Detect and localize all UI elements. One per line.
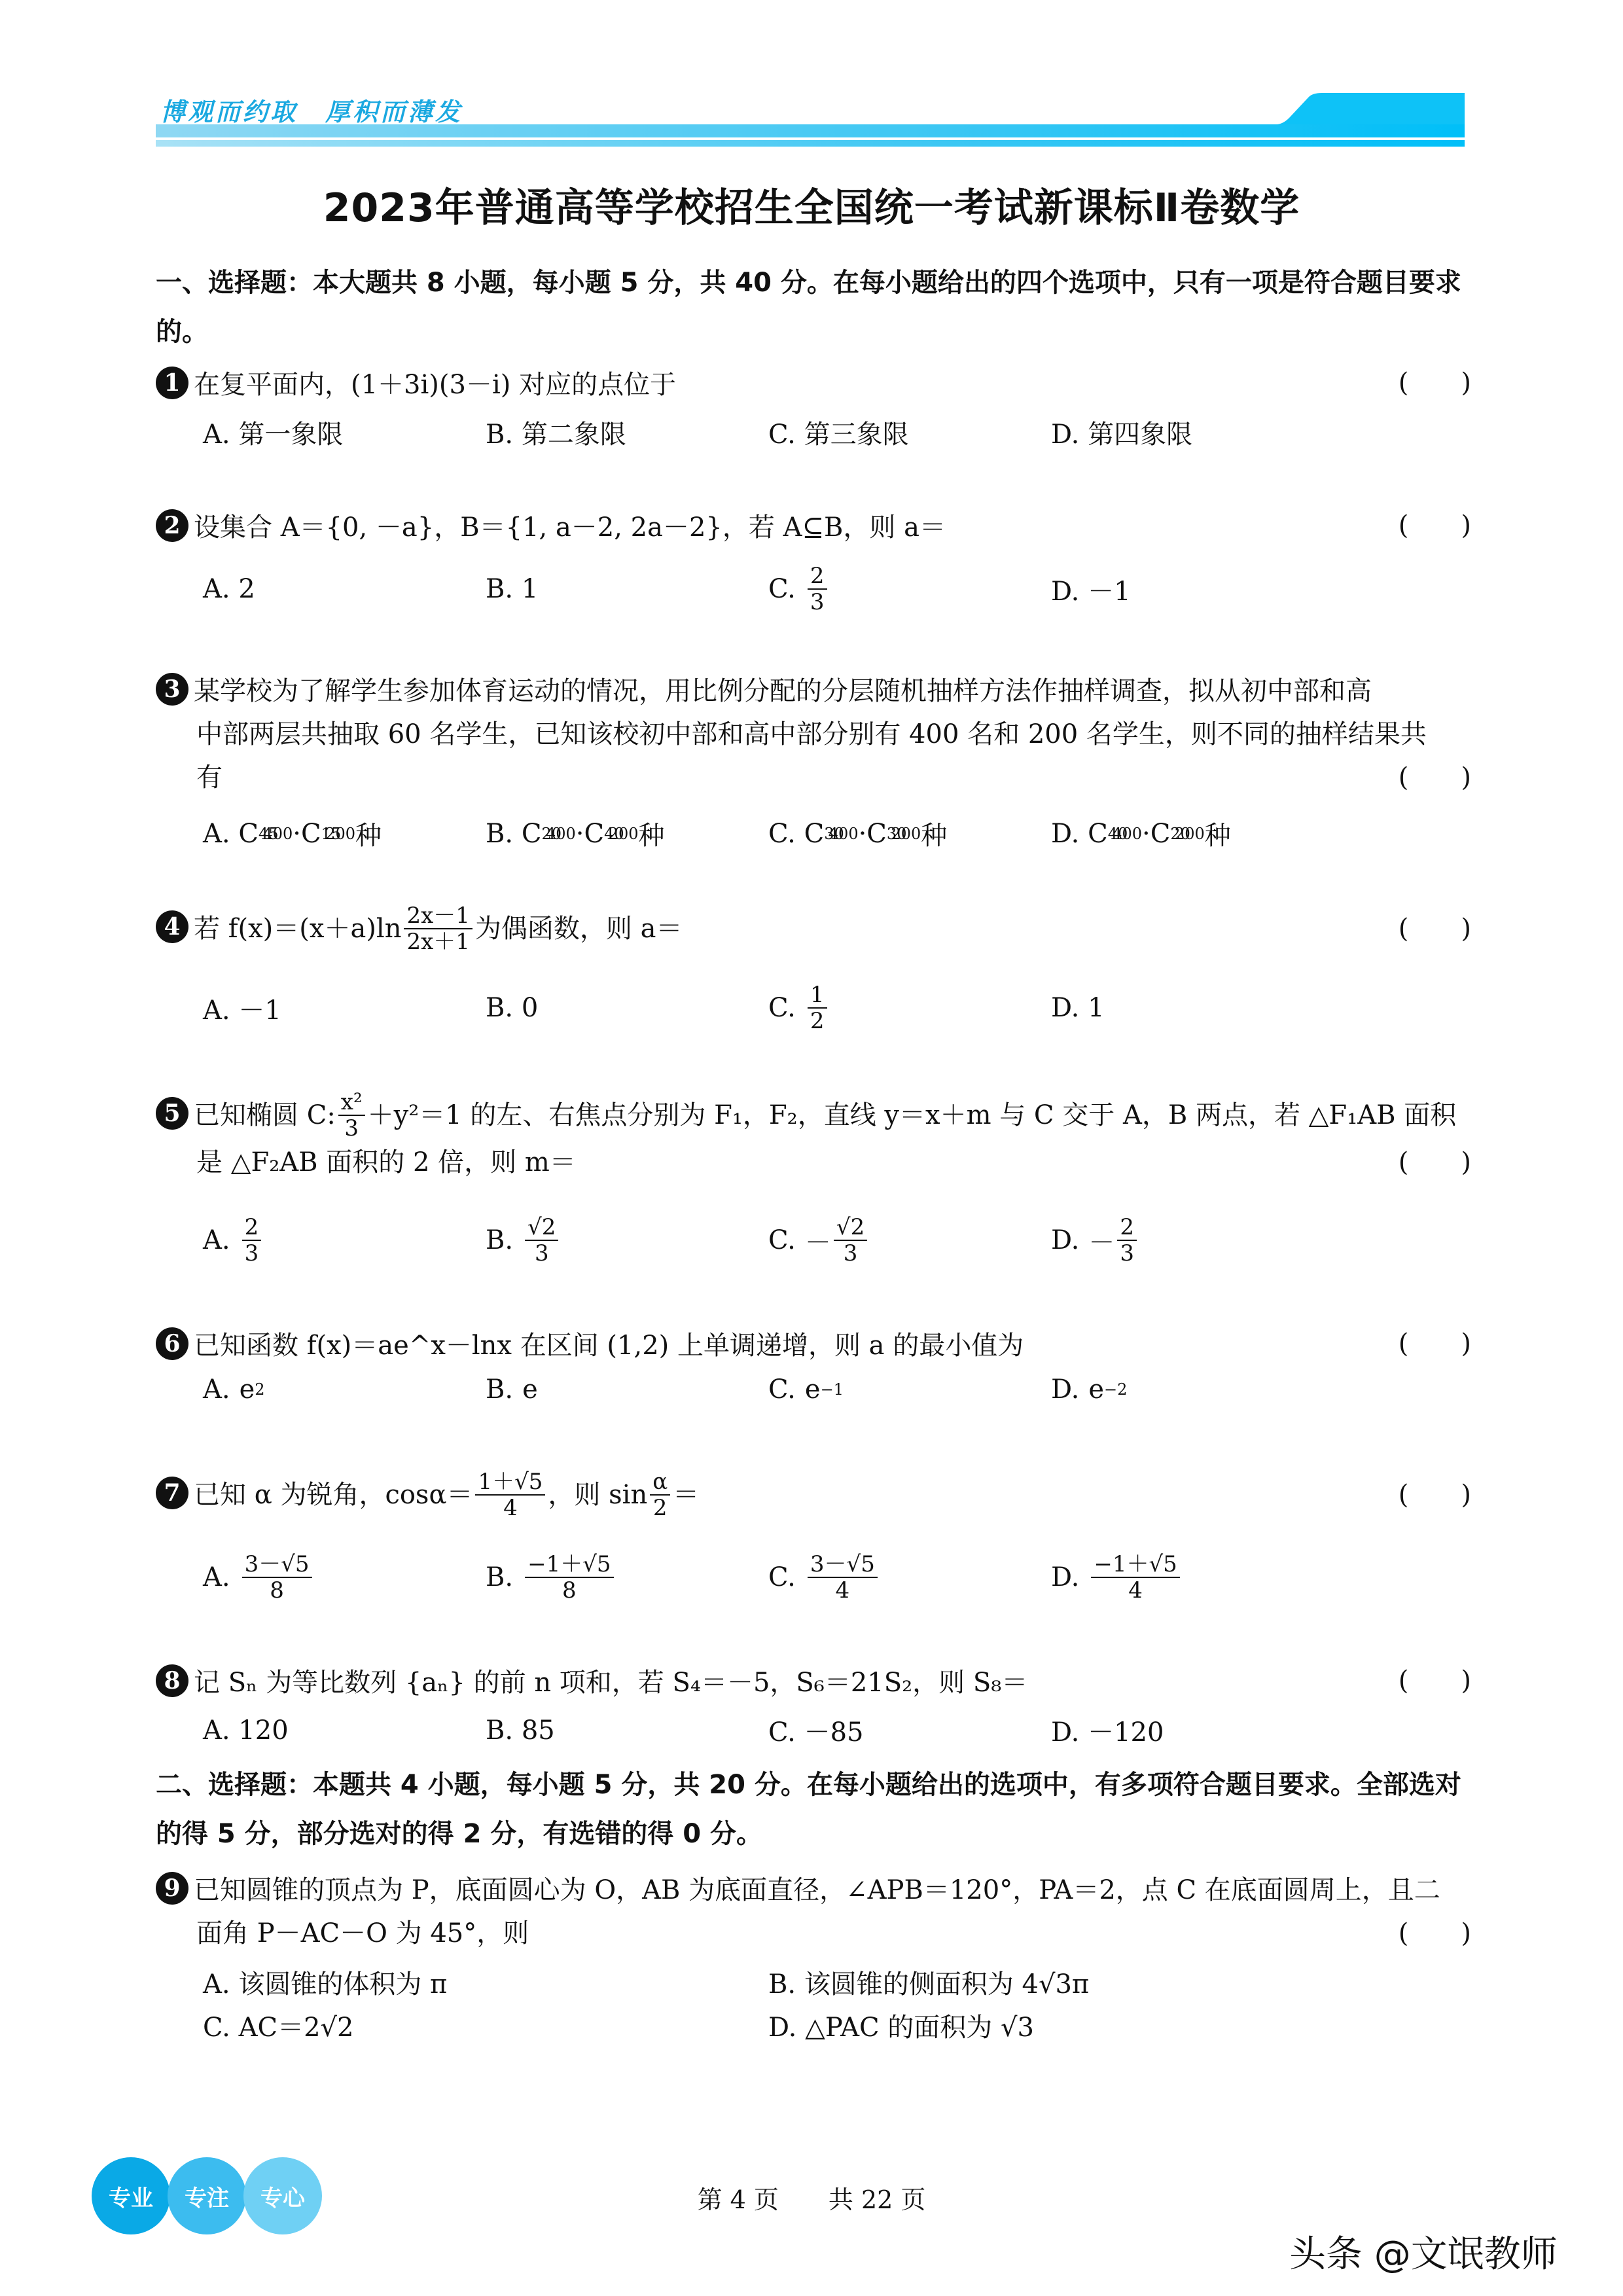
fraction: 2x－12x＋1 [404, 903, 472, 954]
question-7: 7已知 α 为锐角，cosα＝1＋√54，则 sinα2＝ ( ) [156, 1469, 1471, 1520]
answer-bracket: ( ) [1399, 361, 1471, 404]
section2-line1: 二、选择题：本题共 4 小题，每小题 5 分，共 20 分。在每小题给出的选项中… [156, 1761, 1471, 1810]
option-d[interactable]: D. 1 [1051, 993, 1334, 1023]
option-b[interactable]: B. 1 [486, 574, 768, 604]
question-9-options-row2: C. AC＝2√2 D. △PAC 的面积为 √3 [203, 2007, 1472, 2044]
answer-bracket: ( ) [1399, 1659, 1471, 1702]
question-5: 5已知椭圆 C:x²3＋y²＝1 的左、右焦点分别为 F₁，F₂，直线 y＝x＋… [156, 1090, 1471, 1184]
question-4: 4若 f(x)＝(x＋a)ln2x－12x＋1为偶函数，则 a＝ ( ) [156, 903, 1471, 954]
question-6: 6已知函数 f(x)＝ae^x－lnx 在区间 (1,2) 上单调递增，则 a … [156, 1322, 1471, 1367]
option-c[interactable]: C. C30400·C30200种 [768, 815, 1051, 852]
option-a[interactable]: A. 120 [203, 1715, 486, 1746]
section2-heading: 二、选择题：本题共 4 小题，每小题 5 分，共 20 分。在每小题给出的选项中… [156, 1761, 1471, 1859]
question-text: 在复平面内，(1＋3i)(3－i) 对应的点位于 [194, 370, 676, 400]
option-d[interactable]: D. C40400·C20200种 [1051, 815, 1334, 852]
question-6-options: A.e2 B.e C.e−1 D.e−2 [203, 1374, 1472, 1405]
section1-line1: 一、选择题：本大题共 8 小题，每小题 5 分，共 40 分。在每小题给出的四个… [156, 259, 1471, 308]
fraction: α2 [650, 1469, 670, 1520]
question-number-badge: 7 [156, 1477, 188, 1509]
answer-bracket: ( ) [1399, 1322, 1471, 1365]
option-a[interactable]: A.23 [203, 1215, 486, 1266]
option-a[interactable]: A. C45400·C15200种 [203, 815, 486, 852]
page-title: 2023年普通高等学校招生全国统一考试新课标Ⅱ卷数学 [0, 177, 1623, 233]
fraction: 12 [808, 982, 827, 1033]
option-d[interactable]: D. －1 [1051, 571, 1334, 608]
question-number-badge: 8 [156, 1664, 188, 1697]
option-b[interactable]: B.e [486, 1374, 768, 1405]
section1-heading: 一、选择题：本大题共 8 小题，每小题 5 分，共 40 分。在每小题给出的四个… [156, 259, 1471, 357]
question-8: 8记 Sₙ 为等比数列 {aₙ} 的前 n 项和，若 S₄＝－5，S₆＝21S₂… [156, 1659, 1471, 1704]
answer-bracket: ( ) [1399, 1473, 1471, 1516]
question-3-options: A. C45400·C15200种 B. C20400·C40200种 C. C… [203, 815, 1472, 852]
header-motto: 博观而约取 厚积而薄发 [160, 92, 463, 128]
question-9-options-row1: A. 该圆锥的体积为 π B. 该圆锥的侧面积为 4√3π [203, 1964, 1472, 2001]
question-2-options: A. 2 B. 1 C. 23 D. －1 [203, 563, 1472, 615]
fraction: 1＋√54 [475, 1469, 545, 1520]
question-2: 2设集合 A＝{0, －a}，B＝{1, a－2, 2a－2}，若 A⊆B，则 … [156, 504, 1471, 549]
option-c[interactable]: C. AC＝2√2 [203, 2007, 768, 2044]
header-bar-thin [156, 140, 1465, 147]
option-d[interactable]: D.－23 [1051, 1215, 1334, 1266]
question-text-line2: 中部两层共抽取 60 名学生，已知该校初中部和高中部分别有 400 名和 200… [156, 713, 1471, 756]
question-number-badge: 4 [156, 910, 188, 943]
option-d[interactable]: D. －120 [1051, 1712, 1334, 1749]
question-text-line1: 某学校为了解学生参加体育运动的情况，用比例分配的分层随机抽样方法作抽样调查，拟从… [194, 676, 1372, 706]
option-b[interactable]: B. C20400·C40200种 [486, 815, 768, 852]
answer-bracket: ( ) [1399, 1141, 1471, 1184]
fraction: 23 [808, 564, 827, 615]
option-d[interactable]: D. 第四象限 [1051, 414, 1334, 451]
option-b[interactable]: B. 该圆锥的侧面积为 4√3π [768, 1964, 1334, 2001]
question-text-line1: 已知圆锥的顶点为 P，底面圆心为 O，AB 为底面直径，∠APB＝120°，PA… [194, 1875, 1440, 1905]
answer-bracket: ( ) [1399, 907, 1471, 950]
option-a[interactable]: A.3－√58 [203, 1552, 486, 1603]
answer-bracket: ( ) [1399, 504, 1471, 547]
option-b[interactable]: B. 85 [486, 1715, 768, 1746]
fraction: x²3 [338, 1090, 365, 1141]
option-d[interactable]: D. △PAC 的面积为 √3 [768, 2007, 1334, 2044]
option-a[interactable]: A. 该圆锥的体积为 π [203, 1964, 768, 2001]
option-d[interactable]: D.e−2 [1051, 1374, 1334, 1405]
question-text-line2: 是 △F₂AB 面积的 2 倍，则 m＝ [196, 1147, 576, 1177]
header-bar-thick [156, 124, 1465, 137]
option-d[interactable]: D.−1＋√54 [1051, 1552, 1334, 1603]
question-text: 记 Sₙ 为等比数列 {aₙ} 的前 n 项和，若 S₄＝－5，S₆＝21S₂，… [194, 1668, 1027, 1698]
question-text-line3: 有 [196, 762, 223, 793]
option-a[interactable]: A. 第一象限 [203, 414, 486, 451]
section2-line2: 的得 5 分，部分选对的得 2 分，有选错的得 0 分。 [156, 1810, 1471, 1859]
option-c[interactable]: C. 第三象限 [768, 414, 1051, 451]
question-9: 9已知圆锥的顶点为 P，底面圆心为 O，AB 为底面直径，∠APB＝120°，P… [156, 1867, 1471, 1955]
question-number-badge: 1 [156, 367, 188, 399]
option-c[interactable]: C.3－√54 [768, 1552, 1051, 1603]
question-1: 1在复平面内，(1＋3i)(3－i) 对应的点位于 ( ) [156, 361, 1471, 406]
question-1-options: A. 第一象限 B. 第二象限 C. 第三象限 D. 第四象限 [203, 414, 1472, 451]
question-7-options: A.3－√58 B.−1＋√58 C.3－√54 D.−1＋√54 [203, 1548, 1472, 1607]
option-a[interactable]: A. －1 [203, 990, 486, 1027]
option-c[interactable]: C.e−1 [768, 1374, 1051, 1405]
question-number-badge: 2 [156, 509, 188, 542]
option-a[interactable]: A.e2 [203, 1374, 486, 1405]
option-b[interactable]: B.√23 [486, 1215, 768, 1266]
question-number-badge: 5 [156, 1097, 188, 1130]
option-c[interactable]: C. －85 [768, 1712, 1051, 1749]
question-5-options: A.23 B.√23 C.－√23 D.－23 [203, 1211, 1472, 1270]
question-number-badge: 6 [156, 1327, 188, 1360]
header-decoration-wedge [1263, 93, 1465, 124]
question-text-line2: 面角 P－AC－O 为 45°，则 [196, 1918, 529, 1948]
option-b[interactable]: B.−1＋√58 [486, 1552, 768, 1603]
question-number-badge: 9 [156, 1872, 188, 1905]
option-c[interactable]: C. 12 [768, 982, 1051, 1033]
option-b[interactable]: B. 0 [486, 993, 768, 1023]
answer-bracket: ( ) [1399, 756, 1471, 799]
question-number-badge: 3 [156, 673, 188, 706]
question-text: 设集合 A＝{0, －a}，B＝{1, a－2, 2a－2}，若 A⊆B，则 a… [194, 512, 946, 543]
option-c[interactable]: C. 23 [768, 564, 1051, 615]
option-b[interactable]: B. 第二象限 [486, 414, 768, 451]
question-4-options: A. －1 B. 0 C. 12 D. 1 [203, 982, 1472, 1034]
question-3: 3某学校为了解学生参加体育运动的情况，用比例分配的分层随机抽样方法作抽样调查，拟… [156, 668, 1471, 799]
page-number: 第 4 页 共 22 页 [0, 2179, 1623, 2215]
section1-line2: 的。 [156, 308, 1471, 357]
question-text: 已知函数 f(x)＝ae^x－lnx 在区间 (1,2) 上单调递增，则 a 的… [194, 1331, 1024, 1361]
option-c[interactable]: C.－√23 [768, 1215, 1051, 1266]
answer-bracket: ( ) [1399, 1912, 1471, 1955]
option-a[interactable]: A. 2 [203, 574, 486, 604]
watermark: 头条 @文氓教师 [1289, 2225, 1558, 2278]
question-8-options: A. 120 B. 85 C. －85 D. －120 [203, 1712, 1472, 1749]
